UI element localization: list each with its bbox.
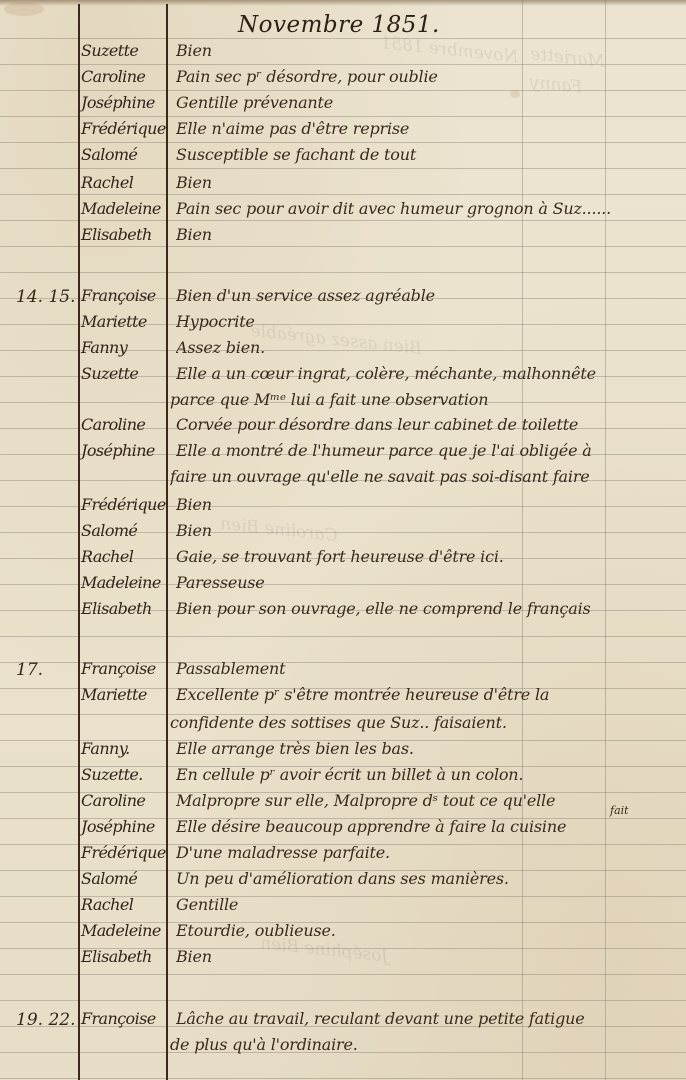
entry-remark: de plus qu'à l'ordinaire. — [170, 1035, 680, 1054]
entry-name: Fanny — [81, 338, 167, 357]
entry-name: Suzette — [81, 41, 167, 60]
entry-remark: Excellente pʳ s'être montrée heureuse d'… — [176, 685, 686, 704]
entry-remark: Hypocrite — [176, 312, 686, 331]
entry-remark: Bien — [176, 521, 686, 540]
entry-remark: confidente des sottises que Suz.. faisai… — [170, 713, 680, 732]
entry-remark: Bien — [176, 225, 686, 244]
entry-remark: Corvée pour désordre dans leur cabinet d… — [176, 415, 686, 434]
ledger-entry-row: 14. 15.FrançoiseBien d'un service assez … — [0, 285, 686, 311]
entry-name: Françoise — [81, 286, 167, 305]
ledger-entry-row: RachelBien — [0, 172, 686, 198]
entry-remark: Elle a un cœur ingrat, colère, méchante,… — [176, 364, 686, 383]
entry-name: Suzette — [81, 364, 167, 383]
entry-remark: Elle désire beaucoup apprendre à faire l… — [176, 817, 686, 836]
entry-name: Rachel — [81, 547, 167, 566]
ledger-entry-row: de plus qu'à l'ordinaire. — [0, 1034, 686, 1060]
ledger-entry-row: SaloméUn peu d'amélioration dans ses man… — [0, 868, 686, 894]
entry-name: Mariette — [81, 312, 167, 331]
entry-remark: Elle n'aime pas d'être reprise — [176, 119, 686, 138]
ledger-entry-row: faire un ouvrage qu'elle ne savait pas s… — [0, 466, 686, 492]
ledger-entry-row: MadeleineEtourdie, oublieuse. — [0, 920, 686, 946]
ledger-entry-row: SuzetteBien — [0, 40, 686, 66]
ruled-line — [0, 636, 686, 637]
ledger-entry-row: Fanny.Elle arrange très bien les bas. — [0, 738, 686, 764]
entry-remark: Gentille prévenante — [176, 93, 686, 112]
entry-name: Suzette. — [81, 765, 167, 784]
entry-name: Caroline — [81, 67, 167, 86]
ledger-entry-row: confidente des sottises que Suz.. faisai… — [0, 712, 686, 738]
page-edge-shadow — [0, 0, 686, 6]
ledger-entry-row: MadeleinePain sec pour avoir dit avec hu… — [0, 198, 686, 224]
entry-name: Frédérique — [81, 119, 167, 138]
ledger-entry-row: SaloméBien — [0, 520, 686, 546]
entry-remark: Elle a montré de l'humeur parce que je l… — [176, 441, 686, 460]
ledger-entry-row: RachelGaie, se trouvant fort heureuse d'… — [0, 546, 686, 572]
ledger-entry-row: FrédériqueElle n'aime pas d'être reprise — [0, 118, 686, 144]
entry-remark: Assez bien. — [176, 338, 686, 357]
entry-remark: Paresseuse — [176, 573, 686, 592]
ledger-entry-row: ElisabethBien — [0, 946, 686, 972]
entry-name: Joséphine — [81, 817, 167, 836]
paper-stain — [4, 2, 44, 16]
entry-remark: Susceptible se fachant de tout — [176, 145, 686, 164]
entry-name: Joséphine — [81, 441, 167, 460]
entry-name: Madeleine — [81, 921, 167, 940]
entry-name: Mariette — [81, 685, 167, 704]
ruled-line — [0, 974, 686, 975]
entry-date: 19. 22. — [16, 1010, 75, 1030]
entry-name: Françoise — [81, 659, 167, 678]
ledger-entry-row: MarietteHypocrite — [0, 311, 686, 337]
entry-remark: Bien — [176, 173, 686, 192]
ledger-entry-row: SuzetteElle a un cœur ingrat, colère, mé… — [0, 363, 686, 389]
entry-name: Madeleine — [81, 199, 167, 218]
ledger-entry-row: MadeleineParesseuse — [0, 572, 686, 598]
entry-remark: En cellule pʳ avoir écrit un billet à un… — [176, 765, 686, 784]
ledger-entry-row: CarolinePain sec pʳ désordre, pour oubli… — [0, 66, 686, 92]
entry-name: Françoise — [81, 1009, 167, 1028]
ledger-entry-row: FrédériqueBien — [0, 494, 686, 520]
entry-remark: Bien d'un service assez agréable — [176, 286, 686, 305]
ledger-entry-row: CarolineCorvée pour désordre dans leur c… — [0, 414, 686, 440]
ledger-entry-row: ElisabethBien — [0, 224, 686, 250]
entry-remark: Gaie, se trouvant fort heureuse d'être i… — [176, 547, 686, 566]
entry-remark: Bien pour son ouvrage, elle ne comprend … — [176, 599, 686, 618]
entry-name: Elisabeth — [81, 599, 167, 618]
entry-name: Rachel — [81, 173, 167, 192]
ledger-entry-row: MarietteExcellente pʳ s'être montrée heu… — [0, 684, 686, 710]
ledger-entry-row: parce que Mᵐᵉ lui a fait une observation — [0, 389, 686, 415]
ledger-entry-row: JoséphineElle a montré de l'humeur parce… — [0, 440, 686, 466]
entry-remark: Bien — [176, 41, 686, 60]
ledger-entry-row: ElisabethBien pour son ouvrage, elle ne … — [0, 598, 686, 624]
ledger-entry-row: 19. 22.FrançoiseLâche au travail, recula… — [0, 1008, 686, 1034]
ruled-line — [0, 1078, 686, 1079]
entry-name: Salomé — [81, 145, 167, 164]
entry-remark: Elle arrange très bien les bas. — [176, 739, 686, 758]
entry-remark: Un peu d'amélioration dans ses manières. — [176, 869, 686, 888]
entry-date: 17. — [16, 660, 43, 680]
ruled-line — [0, 38, 686, 39]
ledger-page: Novembre 1851 Mariette Fanny Bien assez … — [0, 0, 686, 1080]
ledger-entry-row: JoséphineGentille prévenante — [0, 92, 686, 118]
entry-date: 14. 15. — [16, 287, 75, 307]
ledger-entry-row: 17.FrançoisePassablement — [0, 658, 686, 684]
entry-remark: parce que Mᵐᵉ lui a fait une observation — [170, 390, 680, 409]
ledger-entry-row: SaloméSusceptible se fachant de tout — [0, 144, 686, 170]
ledger-entry-row: Suzette.En cellule pʳ avoir écrit un bil… — [0, 764, 686, 790]
ledger-entry-row: RachelGentille — [0, 894, 686, 920]
entry-name: Caroline — [81, 415, 167, 434]
entry-name: Rachel — [81, 895, 167, 914]
entry-remark: Passablement — [176, 659, 686, 678]
entry-remark: D'une maladresse parfaite. — [176, 843, 686, 862]
entry-remark: Lâche au travail, reculant devant une pe… — [176, 1009, 686, 1028]
entry-name: Elisabeth — [81, 947, 167, 966]
entry-remark: Pain sec pour avoir dit avec humeur grog… — [176, 199, 686, 218]
entry-name: Fanny. — [81, 739, 167, 758]
entry-name: Salomé — [81, 869, 167, 888]
entry-remark: faire un ouvrage qu'elle ne savait pas s… — [170, 467, 680, 486]
ledger-entry-row: FannyAssez bien. — [0, 337, 686, 363]
ledger-entry-row: FrédériqueD'une maladresse parfaite. — [0, 842, 686, 868]
entry-name: Madeleine — [81, 573, 167, 592]
entry-name: Frédérique — [81, 495, 167, 514]
ledger-entry-row: JoséphineElle désire beaucoup apprendre … — [0, 816, 686, 842]
entry-name: Joséphine — [81, 93, 167, 112]
entry-remark: Gentille — [176, 895, 686, 914]
ruled-line — [0, 272, 686, 273]
entry-name: Elisabeth — [81, 225, 167, 244]
entry-name: Caroline — [81, 791, 167, 810]
ruled-line — [0, 1000, 686, 1001]
entry-remark: Bien — [176, 495, 686, 514]
entry-remark: Etourdie, oublieuse. — [176, 921, 686, 940]
entry-remark: Bien — [176, 947, 686, 966]
entry-remark: Pain sec pʳ désordre, pour oublie — [176, 67, 686, 86]
page-title: Novembre 1851. — [238, 12, 440, 38]
ledger-entry-row: CarolineMalpropre sur elle, Malpropre dˢ… — [0, 790, 686, 816]
entry-name: Frédérique — [81, 843, 167, 862]
entry-name: Salomé — [81, 521, 167, 540]
